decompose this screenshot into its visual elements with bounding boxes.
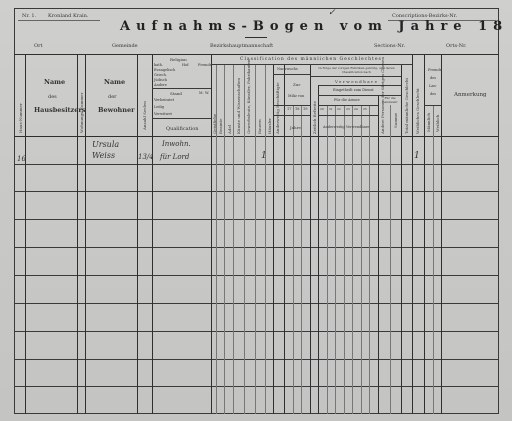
religion-row: Griech. [154, 73, 167, 77]
col-rule [152, 54, 153, 414]
col-rule [265, 64, 266, 414]
col-rule [310, 64, 311, 414]
col-rule [344, 105, 345, 414]
fremde-col: Weiblich [435, 115, 440, 132]
jahre-label: Jahre [290, 125, 301, 130]
sections-nr-label: Sections-Nr. [374, 43, 405, 49]
row-rule [14, 303, 499, 304]
religion-row: Andere [154, 83, 167, 87]
armee-year: 22 [337, 107, 341, 111]
col-rule [401, 64, 402, 414]
summe-header: Summe [393, 113, 398, 128]
form-title: Aufnahms-Bogen vom Jahre 18 [120, 19, 508, 34]
above-header-rule [310, 76, 401, 77]
anderweitig-label: Anderweitig Verwendbare [323, 125, 369, 129]
year-col: 19 [303, 107, 307, 111]
name-bewohner-3: Bewohner [98, 106, 135, 114]
wohnungs-nummer-header: Wohnungs-Nummer [79, 93, 84, 133]
table-top-rule [14, 54, 499, 55]
name-bewohner-1: Name [104, 78, 125, 86]
row-rule [14, 164, 499, 165]
entry-tally: 1 [261, 151, 267, 161]
fremde-header-2: des [430, 76, 436, 80]
total-maennlich-header: Total männliche Geschlecht [404, 78, 409, 134]
name-hausbesitzer-2: des [48, 94, 57, 100]
crownland-label: Kronland Krain. [48, 13, 88, 19]
armee-year: 20 [320, 107, 324, 111]
stand-col: M. [199, 91, 204, 95]
col-rule [211, 54, 212, 414]
row-rule [14, 191, 499, 192]
anmerkung-header: Anmerkung [454, 92, 487, 98]
verwendbar-rule [318, 85, 401, 86]
classification-col: Bauern [257, 119, 262, 134]
entry-tally: 1 [414, 151, 420, 161]
classification-col: Adel [227, 125, 232, 134]
col-rule [369, 105, 370, 414]
armee-rule [318, 105, 378, 106]
fremde-header-3: Lan- [429, 84, 437, 88]
col-rule [25, 54, 26, 414]
name-hausbesitzer-3: Hausbesitzers [34, 106, 85, 114]
verwendbar-header: Verwendbare [335, 79, 378, 84]
row-rule [14, 247, 499, 248]
armee-year: 21 [329, 107, 333, 111]
fremde-col: Männlich [426, 113, 431, 132]
religion-row: Jüdisch [154, 78, 167, 82]
row-rule [14, 275, 499, 276]
col-rule [224, 64, 225, 414]
col-rule [441, 54, 442, 414]
col-rule [301, 105, 302, 414]
classification-col: Künste und Wissenschaften [236, 78, 241, 134]
header-underline-left [18, 20, 100, 21]
stand-row: Verheiratet [154, 98, 174, 102]
zeitlich-befreit-header: Zeitlich Befreite [312, 101, 317, 134]
col-rule [318, 85, 319, 414]
classification-col: Häusler [267, 118, 272, 134]
andere-klassen-header: Andere Personen der übrigen Classen [380, 57, 385, 134]
form-number: Nr. 1. [22, 13, 36, 19]
year-col: 18 [295, 107, 299, 111]
col-rule [390, 105, 391, 414]
row-rule [14, 386, 499, 387]
col-rule [255, 64, 256, 414]
col-rule [273, 64, 274, 414]
zur-miliz-1: Zur [293, 82, 300, 87]
religion-row: kath. [154, 63, 163, 67]
entry-qualification-note: für Lord [160, 153, 189, 161]
religion-subcol: Fremde [198, 63, 212, 67]
fremde-header-4: des [430, 92, 436, 96]
col-rule [233, 64, 234, 414]
header-bottom-rule [14, 136, 499, 137]
entry-qualification: Inwohn. [162, 140, 191, 148]
row-rule [14, 331, 499, 332]
stand-row: Verwitwet [154, 112, 172, 116]
classification-header: Classification des männlichen Geschlecht… [240, 57, 382, 62]
name-hausbesitzer-1: Name [44, 78, 65, 86]
col-rule [335, 105, 336, 414]
entry-haus-nummer: 16 [17, 155, 26, 163]
year-col: 17 [287, 107, 291, 111]
zur-miliz-2: Miliz von [288, 94, 304, 98]
fremde-rule [424, 105, 441, 106]
col-rule [412, 54, 413, 414]
stand-col: W. [205, 91, 209, 95]
anzahl-seelen-header: Anzahl Seelen [142, 101, 147, 130]
check-mark: ✓ [328, 8, 336, 18]
armee-header: Für die Armee [334, 98, 360, 102]
ort-label: Ort [34, 43, 43, 49]
eingetheilt-header: Eingetheilt zum Dienst [333, 88, 374, 92]
row-rule [14, 359, 499, 360]
title-rule [245, 37, 267, 38]
entry-name-bewohner: Ursula Weiss [92, 139, 136, 161]
col-rule [137, 54, 138, 414]
col-rule [327, 105, 328, 414]
religion-divider [152, 88, 211, 89]
nachwuchs-header: Nachwuchs [277, 67, 298, 71]
stand-header: Stand [170, 91, 182, 96]
armee-year: 24 [354, 107, 358, 111]
classification-col: Beamte [218, 119, 223, 134]
entry-anzahl-seelen: 13/4 [138, 153, 154, 161]
col-rule [361, 105, 362, 414]
nachwuchs-rule [273, 74, 310, 75]
row-rule [14, 219, 499, 220]
classification-col: Geistliche [212, 114, 217, 134]
qualification-header: Qualification [166, 126, 198, 132]
col-rule [352, 105, 353, 414]
col-rule [378, 95, 379, 414]
gemeinde-label: Gemeinde [112, 43, 138, 49]
census-form-sheet: Nr. 1. Kronland Krain. Conscriptions-Bez… [0, 0, 512, 421]
col-rule [424, 54, 425, 414]
classification-col: Gewerbsleute, Künstler, Fabrikanten [246, 59, 251, 134]
religion-subcol: Hof. [182, 63, 189, 67]
bezirkshauptmannschaft-label: Bezirkshauptmannschaft [210, 43, 273, 49]
religion-header: Religion [170, 57, 187, 62]
col-rule [244, 64, 245, 414]
name-bewohner-2: der [108, 94, 117, 100]
armee-year: 23 [346, 107, 350, 111]
weiblich-header: Weibliches Geschlecht [415, 88, 420, 134]
col-rule [293, 105, 294, 414]
armee-year: 25 [363, 107, 367, 111]
col-rule [284, 64, 285, 414]
classification-col: Anderweitig Beschäftigte [275, 82, 280, 134]
fremde-header-1: Fremde [428, 68, 442, 72]
stand-row: Ledig [154, 105, 164, 109]
haus-nummer-header: Haus-Nummer [18, 103, 23, 133]
col-rule [433, 105, 434, 414]
religion-row: Evangelisch [154, 68, 175, 72]
armee-years-rule [318, 115, 378, 116]
stand-divider [152, 118, 211, 119]
above-header-text: In Folge der vorigen Rubriken gehörig, u… [314, 66, 399, 74]
form-outer-frame [14, 8, 499, 414]
orts-nr-label: Orts-Nr. [446, 43, 467, 49]
